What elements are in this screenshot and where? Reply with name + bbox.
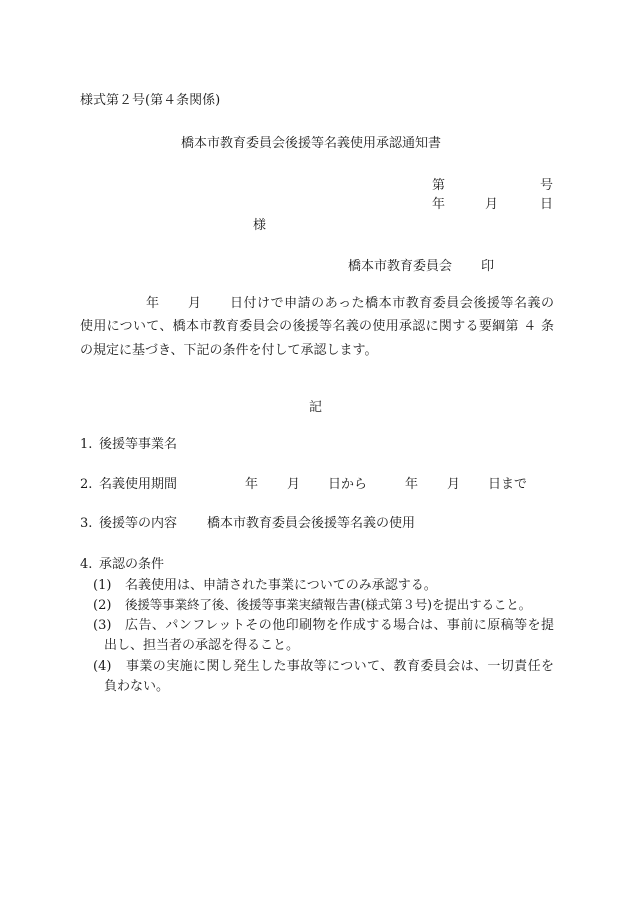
- document-title: 橋本市教育委員会後援等名義使用承認通知書: [181, 137, 441, 150]
- body-line2: 使用について、橋本市教育委員会の後援等名義の使用承認に関する要綱第 ４ 条: [80, 320, 554, 333]
- condition-text: 名義使用は、申請された事業についてのみ承認する。: [125, 579, 437, 592]
- ki-heading: 記: [309, 401, 322, 414]
- item-label: 名義使用期間: [99, 478, 177, 491]
- item-label: 後援等の内容: [99, 517, 177, 530]
- reference-dai: 第: [432, 179, 445, 192]
- item-number: 4.: [80, 558, 92, 571]
- date-day: 日: [540, 198, 553, 211]
- reference-go: 号: [540, 179, 553, 192]
- period-from-day: 日から: [328, 478, 367, 491]
- document-page: 様式第２号(第４条関係) 橋本市教育委員会後援等名義使用承認通知書 第 号 年 …: [0, 0, 630, 903]
- condition-text: 広告、パンフレットその他印刷物を作成する場合は、事前に原稿等を提: [125, 619, 554, 632]
- date-year: 年: [432, 198, 445, 211]
- body-line3: の規定に基づき、下記の条件を付して承認します。: [80, 344, 554, 357]
- issuer-seal: 印: [481, 260, 494, 273]
- body-month: 月: [188, 297, 201, 310]
- period-from-year: 年: [245, 478, 258, 491]
- condition-number: (4): [93, 660, 111, 673]
- period-from-month: 月: [287, 478, 300, 491]
- condition-text: 事業の実施に関し発生した事故等について、教育委員会は、一切責任を: [126, 660, 554, 673]
- period-to-year: 年: [405, 478, 418, 491]
- condition-text: 後援等事業終了後、後援等事業実績報告書(様式第３号)を提出すること。: [125, 599, 531, 612]
- condition-text-continued: 出し、担当者の承認を得ること。: [104, 639, 299, 652]
- condition-number: (1): [93, 579, 111, 592]
- issuer-name: 橋本市教育委員会: [348, 260, 452, 273]
- condition-number: (3): [93, 619, 111, 632]
- period-to-day: 日まで: [488, 478, 527, 491]
- item-number: 1.: [80, 438, 92, 451]
- condition-text-continued: 負わない。: [104, 680, 169, 693]
- item-number: 3.: [80, 517, 92, 530]
- form-label: 様式第２号(第４条関係): [80, 94, 220, 107]
- addressee-suffix: 様: [253, 219, 266, 232]
- period-to-month: 月: [447, 478, 460, 491]
- item-number: 2.: [80, 478, 92, 491]
- date-month: 月: [485, 198, 498, 211]
- item-label: 後援等事業名: [99, 438, 177, 451]
- item-value: 橋本市教育委員会後援等名義の使用: [207, 517, 415, 530]
- body-year: 年: [146, 297, 159, 310]
- item-label: 承認の条件: [99, 558, 164, 571]
- body-line1: 日付けで申請のあった橋本市教育委員会後援等名義の: [230, 297, 554, 310]
- condition-number: (2): [93, 599, 111, 612]
